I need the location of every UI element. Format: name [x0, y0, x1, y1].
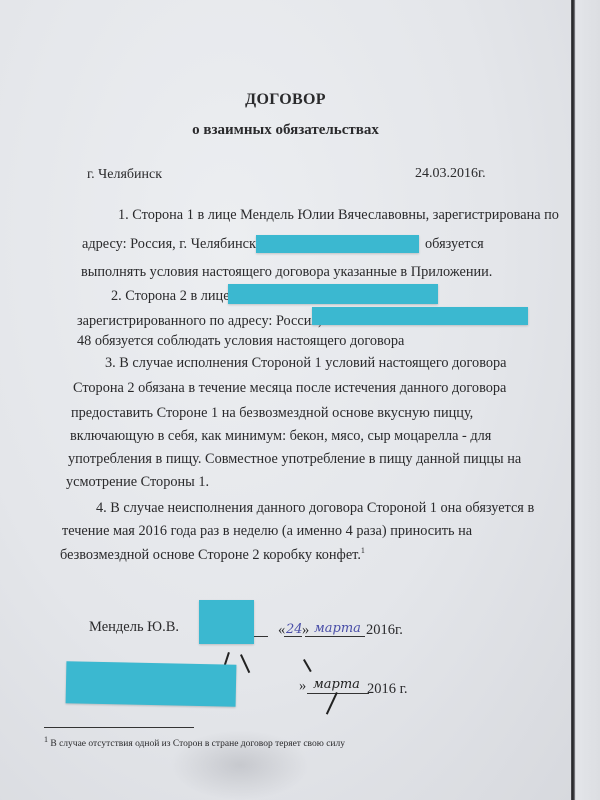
- redaction-signatory-2: [66, 661, 237, 707]
- clause-1-line-2-end: обязуется: [425, 236, 484, 253]
- signature-2-day-close: »: [299, 678, 306, 695]
- contract-page: ДОГОВОР о взаимных обязательствах г. Чел…: [0, 0, 571, 800]
- footnote: 1 В случае отсутствия одной из Сторон в …: [44, 735, 345, 749]
- document-date: 24.03.2016г.: [415, 166, 486, 182]
- document-city: г. Челябинск: [87, 167, 162, 183]
- clause-1-line-2: адресу: Россия, г. Челябинск, у: [82, 236, 270, 253]
- signature-2-month-underline: [307, 693, 369, 694]
- redaction-party-2-name: [228, 284, 438, 304]
- document-title: ДОГОВОР: [0, 91, 571, 109]
- signature-1-month-underline: [305, 636, 365, 637]
- clause-3-line-6: усмотрение Стороны 1.: [66, 474, 209, 491]
- signatory-1-name: Мендель Ю.В.: [89, 619, 179, 636]
- signature-1-day: 24: [286, 622, 303, 637]
- redaction-signature-1: [199, 600, 254, 644]
- signature-1-month: марта: [314, 621, 361, 636]
- document-subtitle: о взаимных обязательствах: [0, 122, 571, 139]
- handwritten-signature-stroke: [326, 692, 338, 714]
- signature-2-year: 2016 г.: [367, 681, 408, 698]
- signature-1-line: [254, 636, 268, 637]
- clause-4-line-1: 4. В случае неисполнения данного договор…: [96, 500, 534, 517]
- clause-1-line-3: выполнять условия настоящего договора ук…: [81, 264, 492, 281]
- clause-3-line-4: включающую в себя, как минимум: бекон, м…: [70, 428, 491, 445]
- signature-1-year: 2016г.: [366, 622, 403, 639]
- redaction-address-1: [256, 235, 419, 253]
- handwritten-signature-stroke: [240, 654, 250, 673]
- clause-3-line-5: употребления в пищу. Совместное употребл…: [68, 451, 521, 468]
- footnote-mark: 1: [44, 735, 48, 744]
- footnote-divider: [44, 727, 194, 728]
- clause-4-line-2: течение мая 2016 года раз в неделю (а им…: [62, 523, 472, 540]
- background-sheet: [576, 0, 600, 800]
- clause-3-line-2: Сторона 2 обязана в течение месяца после…: [73, 380, 506, 397]
- signature-2-month: марта: [313, 677, 360, 692]
- clause-2-line-1: 2. Сторона 2 в лице: [111, 288, 230, 305]
- clause-4-line-3: безвозмездной основе Стороне 2 коробку к…: [60, 546, 365, 564]
- footnote-text: В случае отсутствия одной из Сторон в ст…: [50, 739, 345, 749]
- handwritten-signature-stroke: [303, 659, 311, 672]
- signature-1-day-underline: [284, 636, 302, 637]
- clause-4-line-3-text: безвозмездной основе Стороне 2 коробку к…: [60, 547, 361, 563]
- clause-2-line-2: зарегистрированного по адресу: Россия,: [77, 313, 322, 330]
- clause-3-line-3: предоставить Стороне 1 на безвозмездной …: [71, 405, 473, 422]
- footnote-reference: 1: [361, 546, 365, 555]
- clause-2-line-3: 48 обязуется соблюдать условия настоящег…: [77, 333, 404, 350]
- clause-1-line-1: 1. Сторона 1 в лице Мендель Юлии Вячесла…: [118, 207, 559, 224]
- clause-3-line-1: 3. В случае исполнения Стороной 1 услови…: [105, 355, 507, 372]
- redaction-address-2: [312, 307, 528, 325]
